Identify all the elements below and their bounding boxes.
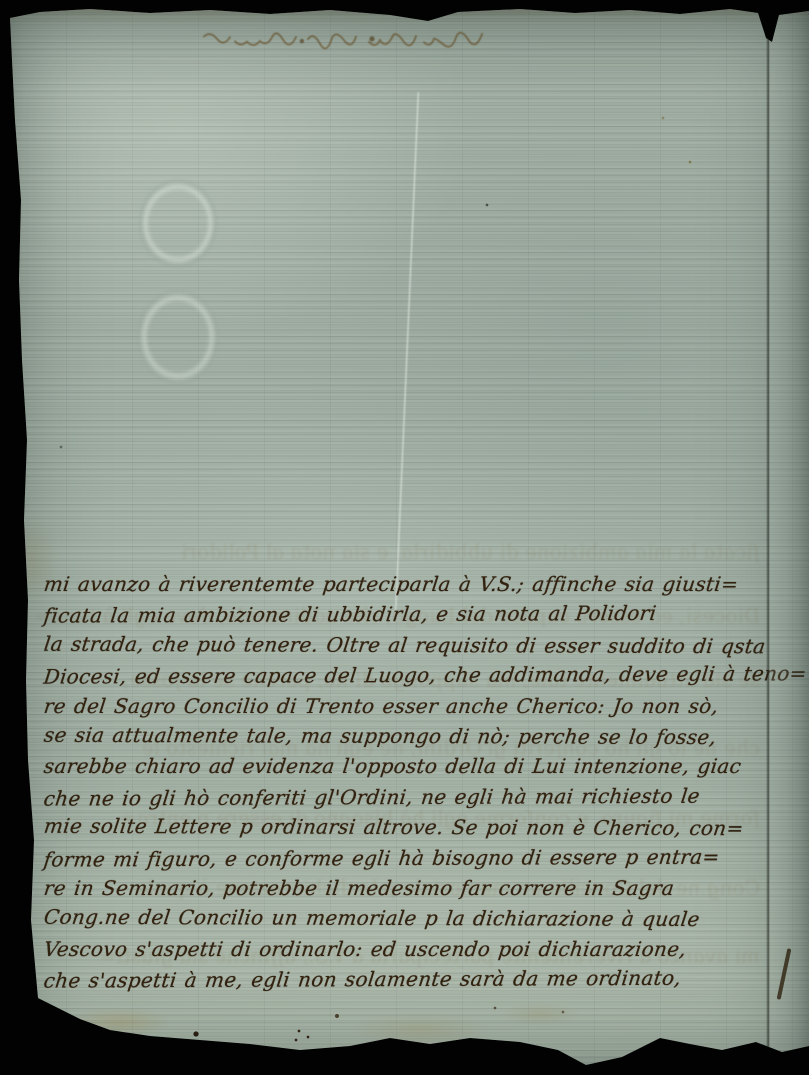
letter-line: sarebbe chiaro ad evidenza l'opposto del… (42, 751, 776, 781)
letter-line: Cong.ne del Concilio un memoriale p la d… (42, 902, 776, 935)
page-edge-fragment (771, 0, 809, 1075)
ink-bleedthrough: ficata la mia ambizione di ubbidirla, e … (34, 540, 761, 564)
faded-inscription-strokes (187, 8, 488, 68)
letter-line: che ne io gli hò conferiti gl'Ordini, ne… (42, 780, 776, 814)
letter-line: che s'aspetti à me, egli non solamente s… (42, 963, 776, 997)
watermark-seal (116, 163, 240, 395)
letter-line: Vescovo s'aspetti di ordinarlo: ed uscen… (42, 934, 776, 964)
letter-line: re del Sagro Concilio di Trento esser an… (42, 691, 776, 721)
paper-sheet: ficata la mia ambizione di ubbidirla, e … (0, 0, 809, 1075)
letter-line: Diocesi, ed essere capace del Luogo, che… (42, 659, 776, 693)
photograph-frame: ficata la mia ambizione di ubbidirla, e … (0, 0, 809, 1075)
letter-line: mie solite Lettere p ordinarsi altrove. … (42, 811, 776, 844)
letter-line: se sia attualmente tale, ma suppongo di … (42, 720, 776, 753)
letter-line: re in Seminario, potrebbe il medesimo fa… (42, 873, 776, 903)
letter-line: la strada, che può tenere. Oltre al requ… (42, 629, 776, 662)
letter-line: mi avanzo à riverentemte parteciparla à … (42, 569, 776, 599)
letter-line: ficata la mia ambizione di ubbidirla, e … (42, 598, 776, 632)
paper-crease (395, 92, 420, 612)
letter-body: mi avanzo à riverentemte parteciparla à … (44, 569, 774, 995)
letter-line: forme mi figuro, e conforme egli hà biso… (42, 841, 776, 875)
